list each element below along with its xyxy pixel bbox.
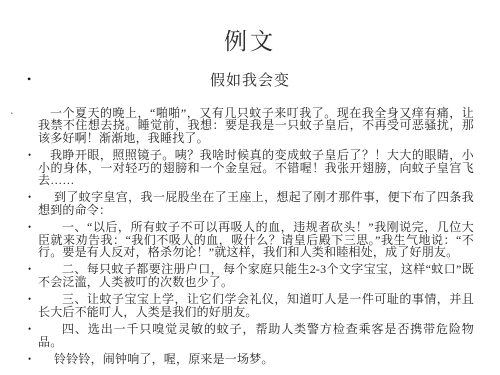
paragraph-8: • 铃铃铃，闹钟响了，喔，原来是一场梦。 [38,353,474,365]
bullet-icon: • [28,354,31,364]
paragraph-text: 一、“以后，所有蚊子不可以再吸人的血，违规者砍头！”我刚说完，几位大臣就来劝告我… [38,220,474,259]
paragraph-text: 一个夏天的晚上，“啪啪”，又有几只蚊子来叮我了。现在我全身又痒有痛，让我禁不住想… [38,106,474,145]
subtitle-row: • 假如我会变 [0,69,500,90]
bullet-icon: • [28,150,31,160]
paragraph-6: • 三、让蚊子宝宝上学，让它们学会礼仪，知道叮人是一件可耻的事情，并且长大后不能… [38,293,474,318]
slide-subtitle: 假如我会变 [210,73,290,89]
bullet-icon: • [28,264,31,274]
paragraph-1: • 一个夏天的晚上，“啪啪”，又有几只蚊子来叮我了。现在我全身又痒有痛，让我禁不… [38,107,474,144]
paragraph-2: • 我睁开眼，照照镜子。咦？我啥时候真的变成蚊子皇后了？！大大的眼睛，小小的身体… [38,149,474,186]
paragraph-3: • 到了蚊字皇宫，我一屁股坐在了王座上，想起了刚才那件事，便下布了四条我想到的命… [38,191,474,216]
slide-body: • 一个夏天的晚上，“啪啪”，又有几只蚊子来叮我了。现在我全身又痒有痛，让我禁不… [0,107,500,365]
bullet-icon: • [27,73,31,85]
bullet-icon: • [28,222,31,232]
paragraph-text: 铃铃铃，闹钟响了，喔，原来是一场梦。 [54,352,274,366]
paragraph-4: • 一、“以后，所有蚊子不可以再吸人的血，违规者砍头！”我刚说完，几位大臣就来劝… [38,221,474,258]
bullet-icon: • [28,192,31,202]
bullet-icon: • [11,110,13,120]
bullet-icon: • [28,294,31,304]
paragraph-text: 二、每只蚊子都要注册户口，每个家庭只能生2-3个文字宝宝，这样“蚊口”既不会泛滥… [38,262,474,288]
presentation-slide: 例文 • 假如我会变 • 一个夏天的晚上，“啪啪”，又有几只蚊子来叮我了。现在我… [0,0,500,375]
bullet-icon: • [28,324,31,334]
paragraph-5: • 二、每只蚊子都要注册户口，每个家庭只能生2-3个文字宝宝，这样“蚊口”既不会… [38,263,474,288]
paragraph-text: 四、选出一千只嗅觉灵敏的蚊子，帮助人类警方检查乘客是否携带危险物品。 [38,322,474,348]
paragraph-7: • 四、选出一千只嗅觉灵敏的蚊子，帮助人类警方检查乘客是否携带危险物品。 [38,323,474,348]
paragraph-text: 三、让蚊子宝宝上学，让它们学会礼仪，知道叮人是一件可耻的事情，并且长大后不能叮人… [38,292,474,318]
slide-title: 例文 [0,0,500,56]
paragraph-text: 到了蚊字皇宫，我一屁股坐在了王座上，想起了刚才那件事，便下布了四条我想到的命令： [38,190,474,216]
paragraph-text: 我睁开眼，照照镜子。咦？我啥时候真的变成蚊子皇后了？！大大的眼睛，小小的身体，一… [38,148,474,187]
